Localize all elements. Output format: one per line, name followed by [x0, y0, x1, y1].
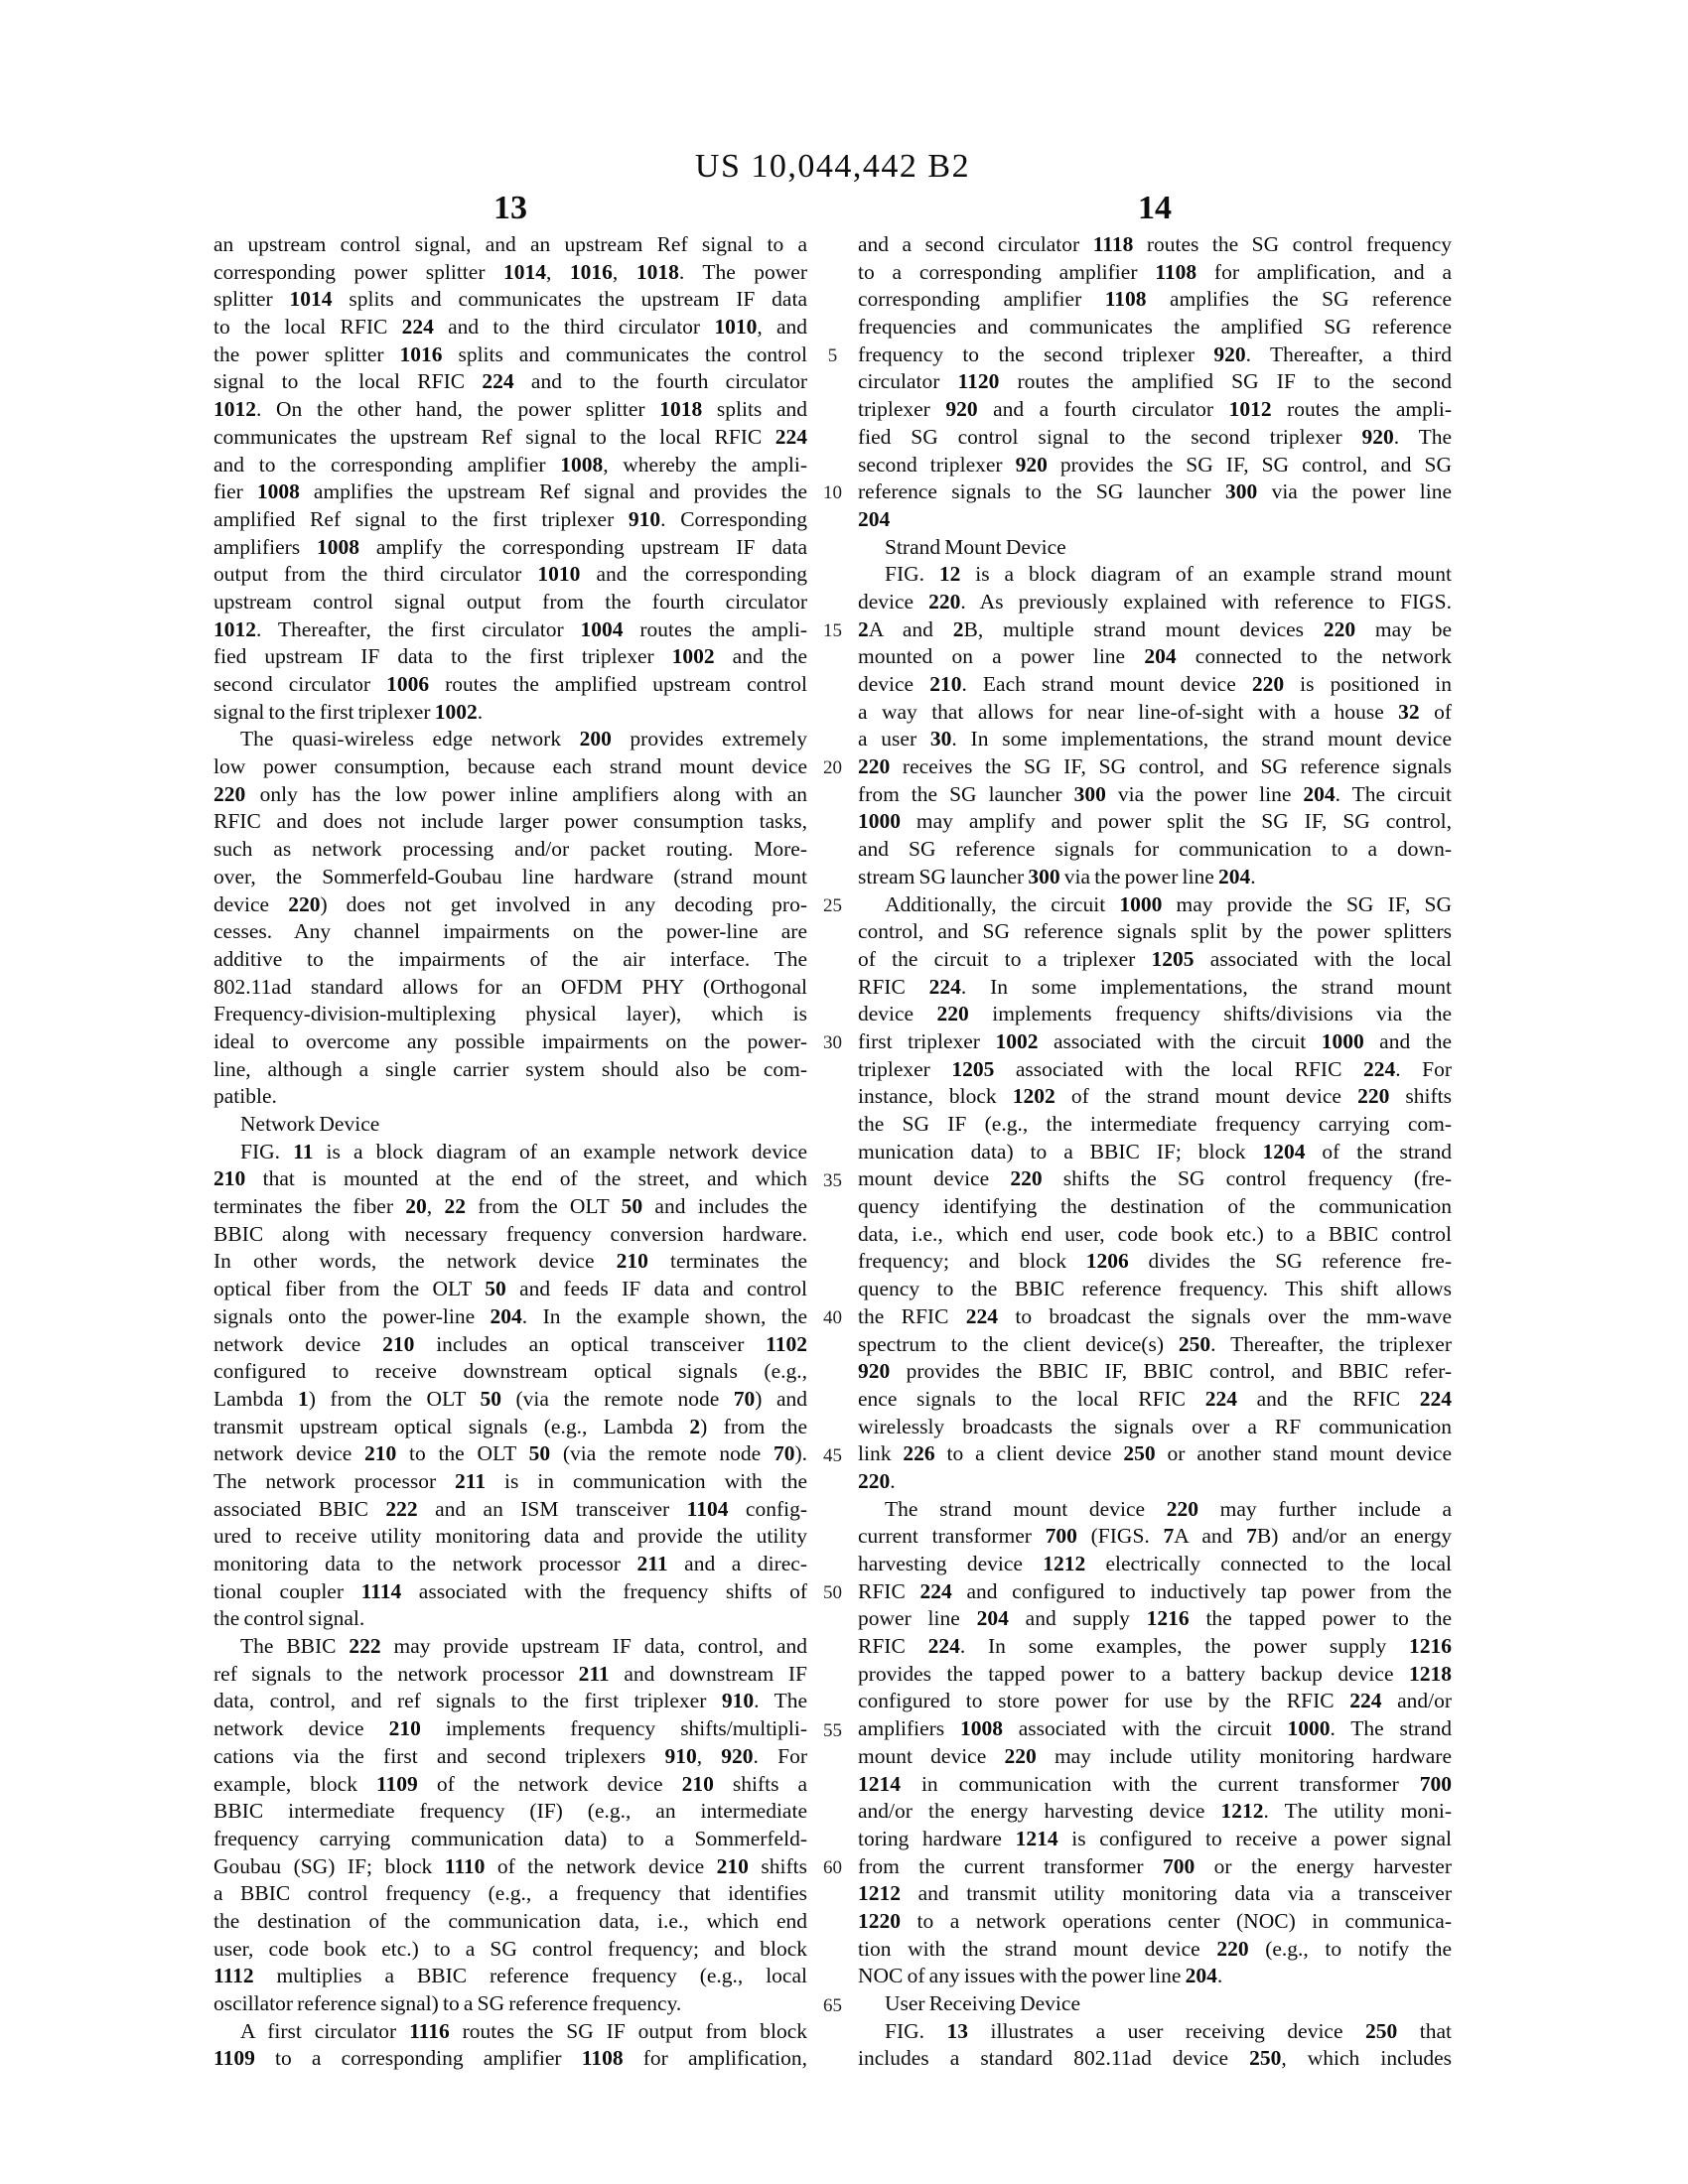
right-column-number: 14	[858, 190, 1452, 227]
text-line: toring hardware 1214 is configured to re…	[858, 1826, 1452, 1853]
patent-page: US 10,044,442 B2 13 14 an upstream contr…	[0, 0, 1688, 2184]
text-line: transmit upstream optical signals (e.g.,…	[213, 1414, 807, 1441]
text-line: 1109 to a corresponding amplifier 1108 f…	[213, 2045, 807, 2073]
text-line: a way that allows for near line-of-sight…	[858, 699, 1452, 727]
text-line: monitoring data to the network processor…	[213, 1551, 807, 1578]
text-line: data, i.e., which end user, code book et…	[858, 1221, 1452, 1249]
text-line: instance, block 1202 of the strand mount…	[858, 1083, 1452, 1111]
section-heading: Strand Mount Device	[858, 534, 1452, 562]
text-line: optical fiber from the OLT 50 and feeds …	[213, 1276, 807, 1303]
gutter-line-number: 50	[807, 1578, 858, 1606]
text-line: second triplexer 920 provides the SG IF,…	[858, 452, 1452, 479]
patent-number-header: US 10,044,442 B2	[213, 148, 1452, 186]
text-line: signals onto the power-line 204. In the …	[213, 1303, 807, 1331]
text-line: associated BBIC 222 and an ISM transceiv…	[213, 1496, 807, 1524]
text-line: and to the corresponding amplifier 1008,…	[213, 452, 807, 479]
text-line: corresponding amplifier 1108 amplifies t…	[858, 286, 1452, 314]
gutter-line-number: 30	[807, 1028, 858, 1056]
text-line: 1000 may amplify and power split the SG …	[858, 808, 1452, 836]
text-line: NOC of any issues with the power line 20…	[858, 1963, 1452, 1990]
text-line: 1112 multiplies a BBIC reference frequen…	[213, 1963, 807, 1990]
text-line: configured to store power for use by the…	[858, 1688, 1452, 1715]
text-line: ured to receive utility monitoring data …	[213, 1523, 807, 1551]
text-line: output from the third circulator 1010 an…	[213, 561, 807, 589]
text-line: tion with the strand mount device 220 (e…	[858, 1936, 1452, 1964]
text-line: Additionally, the circuit 1000 may provi…	[858, 891, 1452, 919]
text-line: device 220) does not get involved in any…	[213, 891, 807, 919]
text-line: 1012. Thereafter, the first circulator 1…	[213, 616, 807, 644]
text-line: the RFIC 224 to broadcast the signals ov…	[858, 1303, 1452, 1331]
text-line: 220 only has the low power inline amplif…	[213, 781, 807, 809]
text-line: 1212 and transmit utility monitoring dat…	[858, 1880, 1452, 1908]
text-line: 1214 in communication with the current t…	[858, 1771, 1452, 1799]
text-line: BBIC intermediate frequency (IF) (e.g., …	[213, 1798, 807, 1826]
text-line: link 226 to a client device 250 or anoth…	[858, 1440, 1452, 1468]
text-line: The strand mount device 220 may further …	[858, 1496, 1452, 1524]
text-line: RFIC 224 and configured to inductively t…	[858, 1578, 1452, 1606]
text-line: The network processor 211 is in communic…	[213, 1468, 807, 1496]
gutter-line-number: 60	[807, 1853, 858, 1881]
text-line: circulator 1120 routes the amplified SG …	[858, 368, 1452, 396]
right-text-column: and a second circulator 1118 routes the …	[858, 231, 1452, 2073]
text-line: line, although a single carrier system s…	[213, 1056, 807, 1084]
text-line: network device 210 includes an optical t…	[213, 1331, 807, 1359]
text-line: Goubau (SG) IF; block 1110 of the networ…	[213, 1853, 807, 1881]
text-line: amplifiers 1008 associated with the circ…	[858, 1715, 1452, 1743]
text-line: mount device 220 may include utility mon…	[858, 1743, 1452, 1771]
line-number-gutter: 5101520253035404550556065	[807, 231, 858, 2078]
text-line: reference signals to the SG launcher 300…	[858, 478, 1452, 506]
text-line: Frequency-division-multiplexing physical…	[213, 1001, 807, 1028]
text-line: cesses. Any channel impairments on the p…	[213, 918, 807, 946]
text-line: harvesting device 1212 electrically conn…	[858, 1551, 1452, 1578]
gutter-line-number: 25	[807, 891, 858, 919]
gutter-line-number: 5	[807, 341, 858, 369]
text-line: RFIC and does not include larger power c…	[213, 808, 807, 836]
text-line: data, control, and ref signals to the fi…	[213, 1688, 807, 1715]
text-line: 220.	[858, 1468, 1452, 1496]
gutter-line-number: 45	[807, 1441, 858, 1469]
text-line: triplexer 1205 associated with the local…	[858, 1056, 1452, 1084]
text-line: the power splitter 1016 splits and commu…	[213, 341, 807, 369]
text-line: to a corresponding amplifier 1108 for am…	[858, 259, 1452, 287]
text-line: configured to receive downstream optical…	[213, 1358, 807, 1386]
text-line: cations via the first and second triplex…	[213, 1743, 807, 1771]
text-line: The quasi-wireless edge network 200 prov…	[213, 726, 807, 753]
section-heading: Network Device	[213, 1111, 807, 1139]
text-line: triplexer 920 and a fourth circulator 10…	[858, 396, 1452, 424]
gutter-line-number: 20	[807, 753, 858, 781]
text-line: the control signal.	[213, 1605, 807, 1633]
text-line: and SG reference signals for communicati…	[858, 836, 1452, 864]
text-line: amplified Ref signal to the first triple…	[213, 506, 807, 534]
text-line: first triplexer 1002 associated with the…	[858, 1028, 1452, 1056]
text-line: ideal to overcome any possible impairmen…	[213, 1028, 807, 1056]
text-line: FIG. 12 is a block diagram of an example…	[858, 561, 1452, 589]
text-line: tional coupler 1114 associated with the …	[213, 1578, 807, 1606]
text-line: fied upstream IF data to the first tripl…	[213, 643, 807, 671]
text-line: fied SG control signal to the second tri…	[858, 424, 1452, 452]
text-line: FIG. 11 is a block diagram of an example…	[213, 1139, 807, 1166]
text-line: a user 30. In some implementations, the …	[858, 726, 1452, 753]
text-line: and a second circulator 1118 routes the …	[858, 231, 1452, 259]
gutter-line-number: 40	[807, 1303, 858, 1331]
gutter-line-number: 10	[807, 478, 858, 506]
text-line: frequency to the second triplexer 920. T…	[858, 341, 1452, 369]
text-line: ence signals to the local RFIC 224 and t…	[858, 1386, 1452, 1414]
text-line: ref signals to the network processor 211…	[213, 1661, 807, 1689]
text-line: frequency carrying communication data) t…	[213, 1826, 807, 1853]
section-heading: User Receiving Device	[858, 1990, 1452, 2018]
text-line: signal to the local RFIC 224 and to the …	[213, 368, 807, 396]
text-line: mounted on a power line 204 connected to…	[858, 643, 1452, 671]
text-line: Lambda 1) from the OLT 50 (via the remot…	[213, 1386, 807, 1414]
text-line: of the circuit to a triplexer 1205 assoc…	[858, 946, 1452, 974]
text-line: device 220. As previously explained with…	[858, 589, 1452, 616]
text-line: from the current transformer 700 or the …	[858, 1853, 1452, 1881]
text-line: frequency; and block 1206 divides the SG…	[858, 1248, 1452, 1276]
text-line: and/or the energy harvesting device 1212…	[858, 1798, 1452, 1826]
text-line: quency to the BBIC reference frequency. …	[858, 1276, 1452, 1303]
text-line: user, code book etc.) to a SG control fr…	[213, 1936, 807, 1964]
text-line: The BBIC 222 may provide upstream IF dat…	[213, 1633, 807, 1661]
text-line: control, and SG reference signals split …	[858, 918, 1452, 946]
text-line: frequencies and communicates the amplifi…	[858, 314, 1452, 341]
text-line: A first circulator 1116 routes the SG IF…	[213, 2018, 807, 2046]
text-line: the SG IF (e.g., the intermediate freque…	[858, 1111, 1452, 1139]
text-line: an upstream control signal, and an upstr…	[213, 231, 807, 259]
text-line: over, the Sommerfeld-Goubau line hardwar…	[213, 864, 807, 891]
text-line: corresponding power splitter 1014, 1016,…	[213, 259, 807, 287]
text-line: splitter 1014 splits and communicates th…	[213, 286, 807, 314]
text-line: communicates the upstream Ref signal to …	[213, 424, 807, 452]
text-line: 1012. On the other hand, the power split…	[213, 396, 807, 424]
text-line: wirelessly broadcasts the signals over a…	[858, 1414, 1452, 1441]
text-line: stream SG launcher 300 via the power lin…	[858, 864, 1452, 891]
text-line: example, block 1109 of the network devic…	[213, 1771, 807, 1799]
text-line: 2A and 2B, multiple strand mount devices…	[858, 616, 1452, 644]
text-line: device 210. Each strand mount device 220…	[858, 671, 1452, 699]
text-line: amplifiers 1008 amplify the correspondin…	[213, 534, 807, 562]
text-line: provides the tapped power to a battery b…	[858, 1661, 1452, 1689]
text-line: device 220 implements frequency shifts/d…	[858, 1001, 1452, 1028]
text-line: terminates the fiber 20, 22 from the OLT…	[213, 1193, 807, 1221]
text-line: includes a standard 802.11ad device 250,…	[858, 2045, 1452, 2073]
text-line: spectrum to the client device(s) 250. Th…	[858, 1331, 1452, 1359]
text-line: RFIC 224. In some implementations, the s…	[858, 974, 1452, 1002]
text-line: network device 210 implements frequency …	[213, 1715, 807, 1743]
gutter-line-number: 15	[807, 616, 858, 644]
text-line: RFIC 224. In some examples, the power su…	[858, 1633, 1452, 1661]
text-line: 204	[858, 506, 1452, 534]
text-line: fier 1008 amplifies the upstream Ref sig…	[213, 478, 807, 506]
text-line: BBIC along with necessary frequency conv…	[213, 1221, 807, 1249]
text-line: the destination of the communication dat…	[213, 1908, 807, 1936]
text-line: 220 receives the SG IF, SG control, and …	[858, 753, 1452, 781]
left-column-number: 13	[213, 190, 807, 227]
gutter-line-number: 65	[807, 1991, 858, 2019]
text-line: to the local RFIC 224 and to the third c…	[213, 314, 807, 341]
text-line: from the SG launcher 300 via the power l…	[858, 781, 1452, 809]
text-line: munication data) to a BBIC IF; block 120…	[858, 1139, 1452, 1166]
text-line: low power consumption, because each stra…	[213, 753, 807, 781]
text-line: second circulator 1006 routes the amplif…	[213, 671, 807, 699]
text-line: 1220 to a network operations center (NOC…	[858, 1908, 1452, 1936]
text-line: signal to the first triplexer 1002.	[213, 699, 807, 727]
text-line: additive to the impairments of the air i…	[213, 946, 807, 974]
left-text-column: an upstream control signal, and an upstr…	[213, 231, 807, 2073]
text-line: patible.	[213, 1083, 807, 1111]
text-line: oscillator reference signal) to a SG ref…	[213, 1990, 807, 2018]
text-line: FIG. 13 illustrates a user receiving dev…	[858, 2018, 1452, 2046]
text-line: In other words, the network device 210 t…	[213, 1248, 807, 1276]
text-line: such as network processing and/or packet…	[213, 836, 807, 864]
text-line: mount device 220 shifts the SG control f…	[858, 1165, 1452, 1193]
gutter-line-number: 35	[807, 1166, 858, 1194]
text-line: current transformer 700 (FIGS. 7A and 7B…	[858, 1523, 1452, 1551]
text-line: a BBIC control frequency (e.g., a freque…	[213, 1880, 807, 1908]
gutter-line-number: 55	[807, 1716, 858, 1744]
text-line: power line 204 and supply 1216 the tappe…	[858, 1605, 1452, 1633]
text-line: upstream control signal output from the …	[213, 589, 807, 616]
text-line: network device 210 to the OLT 50 (via th…	[213, 1440, 807, 1468]
text-line: 802.11ad standard allows for an OFDM PHY…	[213, 974, 807, 1002]
text-line: 920 provides the BBIC IF, BBIC control, …	[858, 1358, 1452, 1386]
text-line: quency identifying the destination of th…	[858, 1193, 1452, 1221]
text-line: 210 that is mounted at the end of the st…	[213, 1165, 807, 1193]
